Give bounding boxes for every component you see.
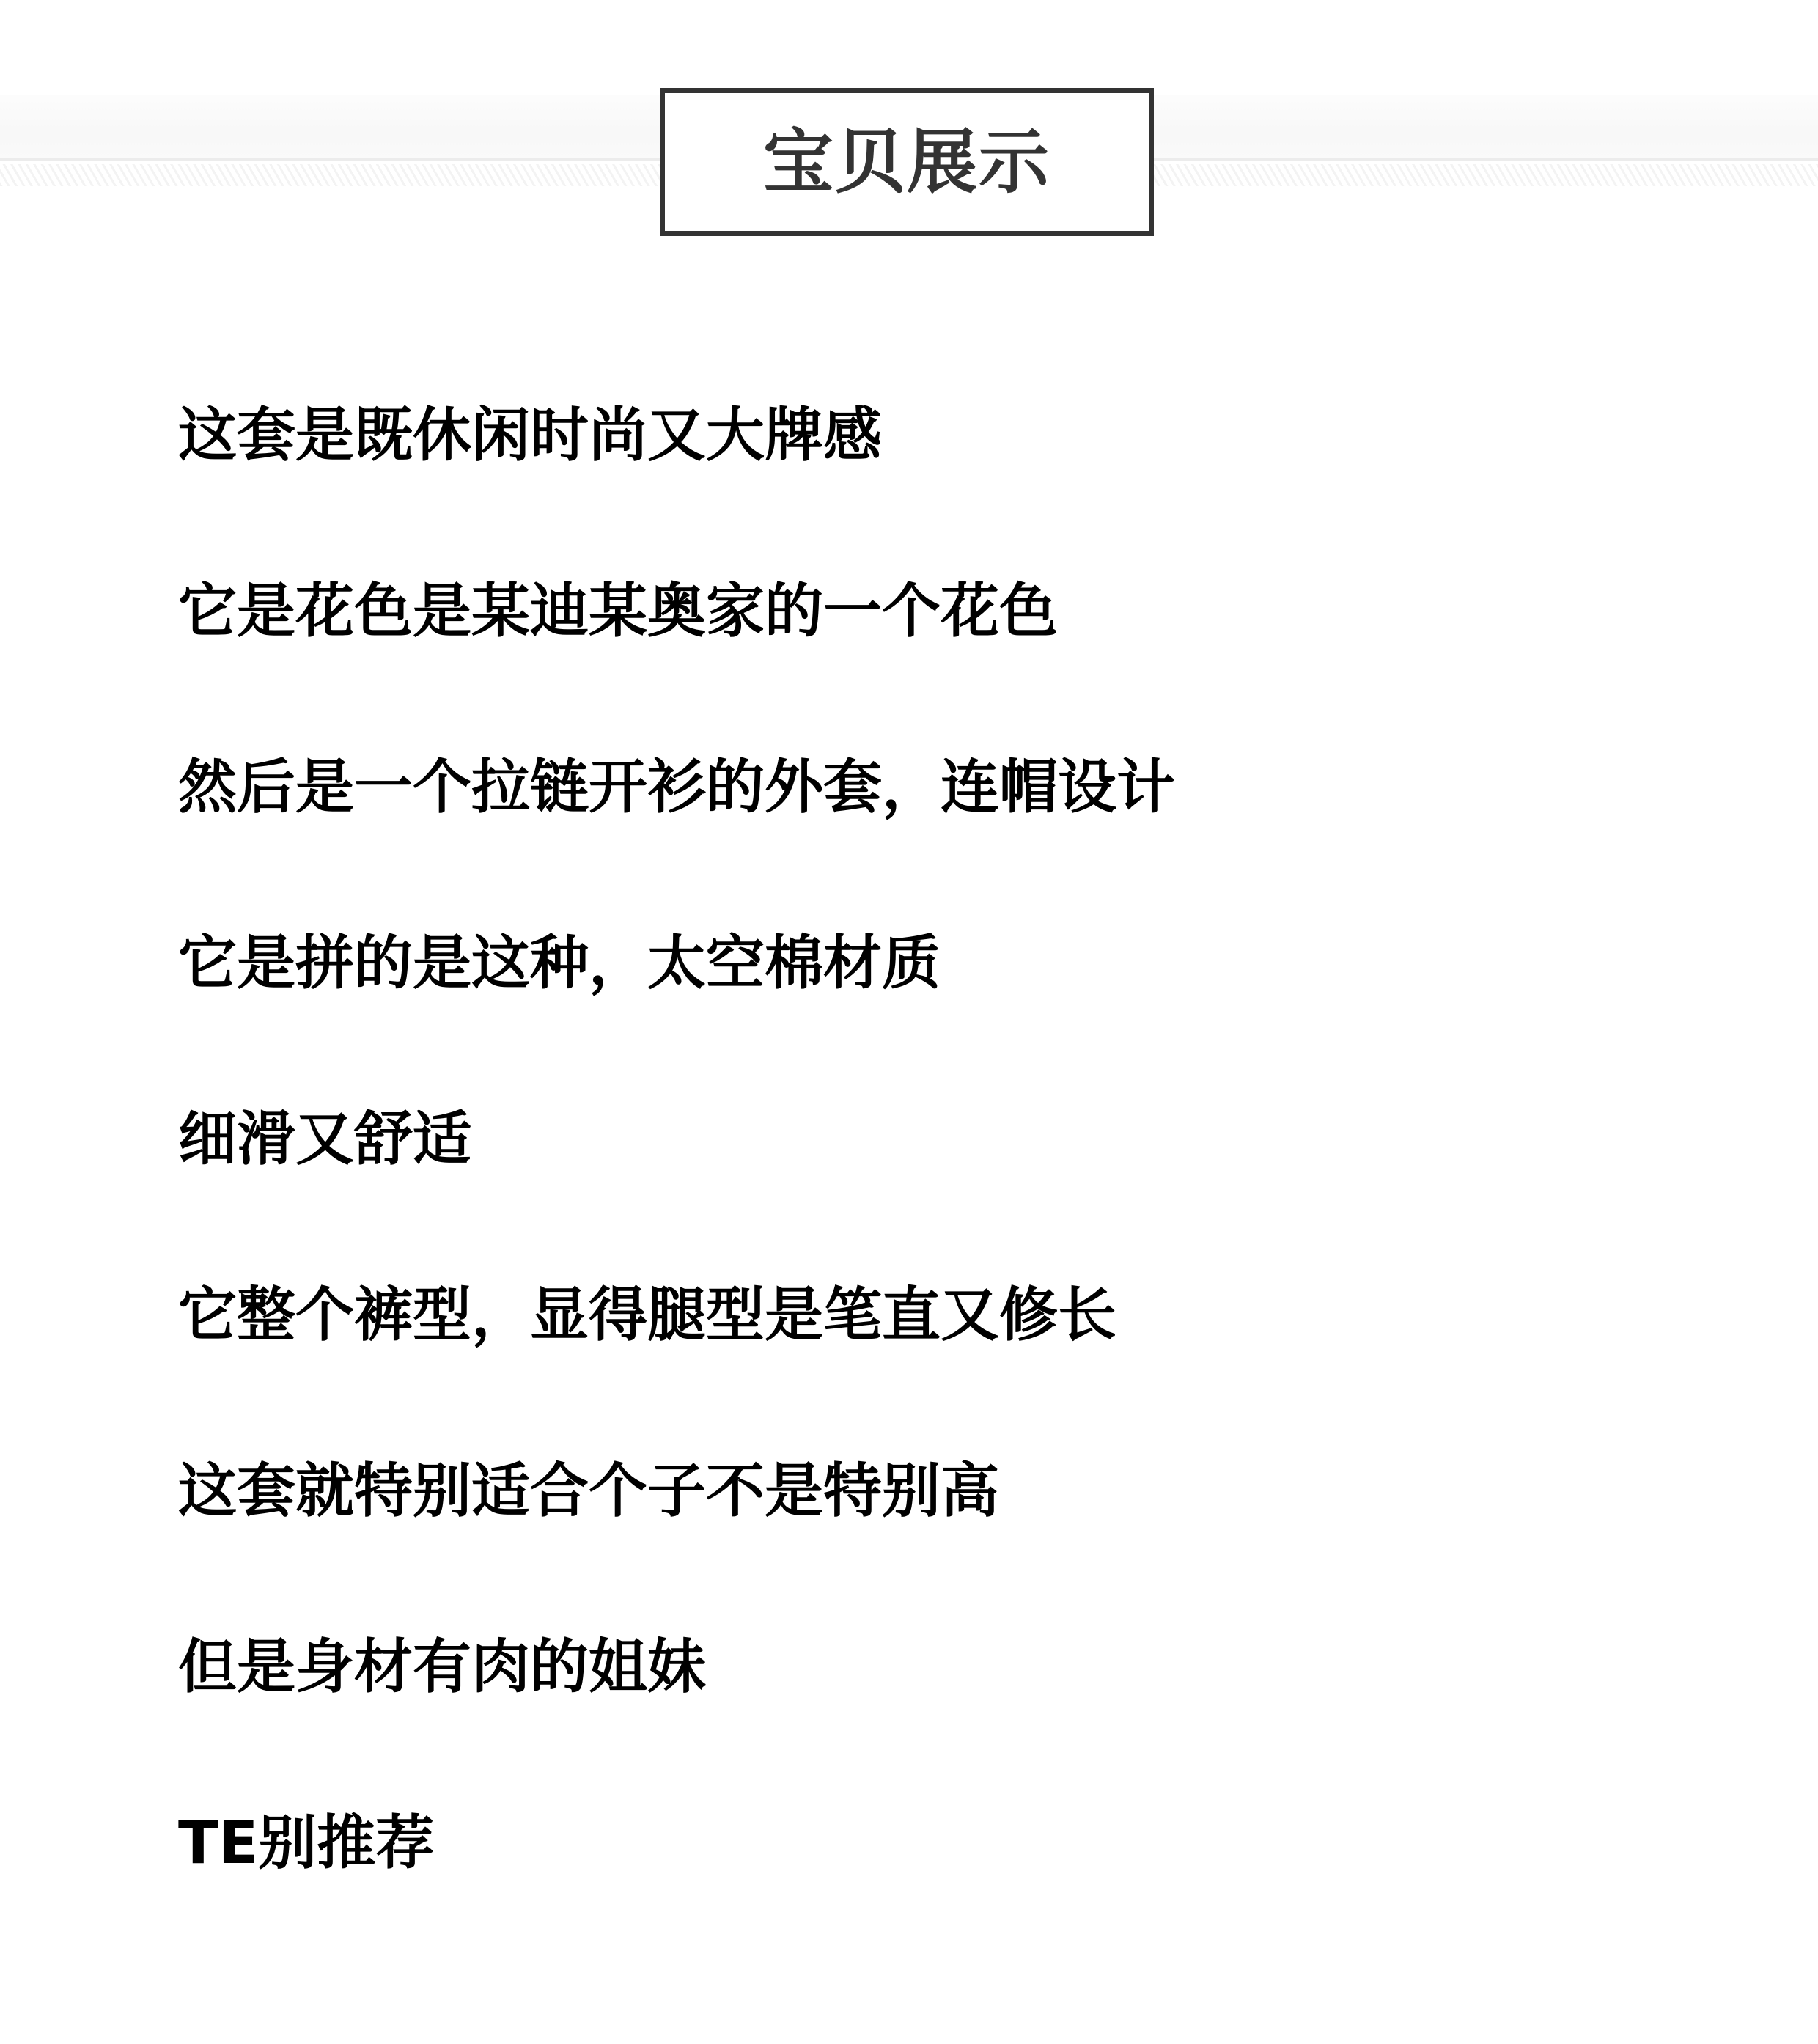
description-text-block: 这套是既休闲时尚又大牌感 它是花色是某迪某奥家的一个花色 然后是一个拉链开衫的外… (178, 402, 1718, 1985)
section-title: 宝贝展示 (763, 127, 1050, 197)
description-line: 这套是既休闲时尚又大牌感 (178, 402, 1718, 578)
section-title-box: 宝贝展示 (660, 88, 1154, 236)
description-line: 细滑又舒适 (178, 1106, 1718, 1282)
description-line: 这套就特别适合个子不是特别高 (178, 1457, 1718, 1633)
description-line: 然后是一个拉链开衫的外套，连帽设计 (178, 754, 1718, 930)
description-line: 它整个裤型，显得腿型是笔直又修长 (178, 1282, 1718, 1457)
description-line: TE别推荐 (178, 1809, 1718, 1985)
description-line: 但是身材有肉的姐妹 (178, 1633, 1718, 1809)
description-line: 它是拼的是这种，太空棉材质 (178, 930, 1718, 1106)
description-line: 它是花色是某迪某奥家的一个花色 (178, 578, 1718, 754)
